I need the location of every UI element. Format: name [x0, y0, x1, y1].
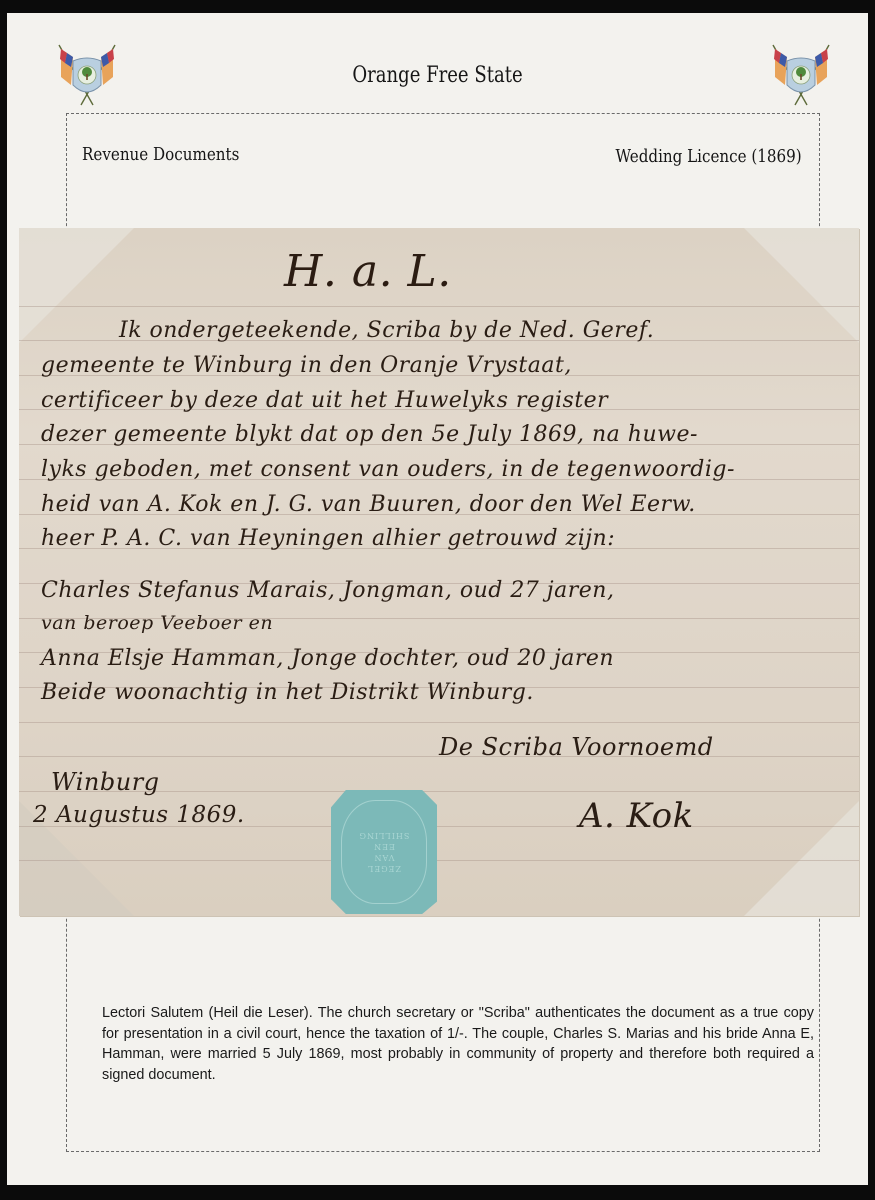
date-text: 2 Augustus 1869.: [33, 802, 245, 828]
description-text: Lectori Salutem (Heil die Leser). The ch…: [102, 1003, 814, 1085]
document-line: dezer gemeente blykt dat op den 5e July …: [41, 422, 698, 447]
place-text: Winburg: [51, 768, 160, 796]
revenue-stamp: ZEGEL VAN EEN SHILLING: [331, 790, 437, 914]
closing-text: De Scriba Voornoemd: [439, 733, 714, 761]
signature: A. Kok: [579, 796, 694, 836]
party-line: van beroep Veeboer en: [41, 612, 273, 634]
wedding-licence-document: H. a. L. Ik ondergeteekende, Scriba by d…: [19, 228, 859, 916]
photo-corner: [744, 228, 859, 343]
coat-of-arms-icon: [767, 41, 835, 109]
document-line: certificeer by deze dat uit het Huwelyks…: [41, 388, 608, 413]
document-line: heer P. A. C. van Heyningen alhier getro…: [41, 526, 615, 551]
party-line: Charles Stefanus Marais, Jongman, oud 27…: [41, 578, 614, 603]
album-page: Orange Free State Revenue Documents Wedd…: [7, 13, 868, 1185]
photo-corner: [19, 228, 134, 343]
section-label: Revenue Documents: [82, 144, 239, 165]
document-line: lyks geboden, met consent van ouders, in…: [41, 457, 735, 482]
document-line: Ik ondergeteekende, Scriba by de Ned. Ge…: [119, 318, 654, 343]
party-line: Anna Elsje Hamman, Jonge dochter, oud 20…: [41, 646, 614, 671]
party-line: Beide woonachtig in het Distrikt Winburg…: [41, 680, 534, 705]
document-line: heid van A. Kok en J. G. van Buuren, doo…: [41, 492, 696, 517]
page-title: Orange Free State: [84, 63, 790, 88]
document-line: gemeente te Winburg in den Oranje Vrysta…: [41, 353, 572, 378]
photo-corner: [744, 801, 859, 916]
document-heading: H. a. L.: [284, 246, 452, 297]
item-label: Wedding Licence (1869): [616, 146, 802, 167]
